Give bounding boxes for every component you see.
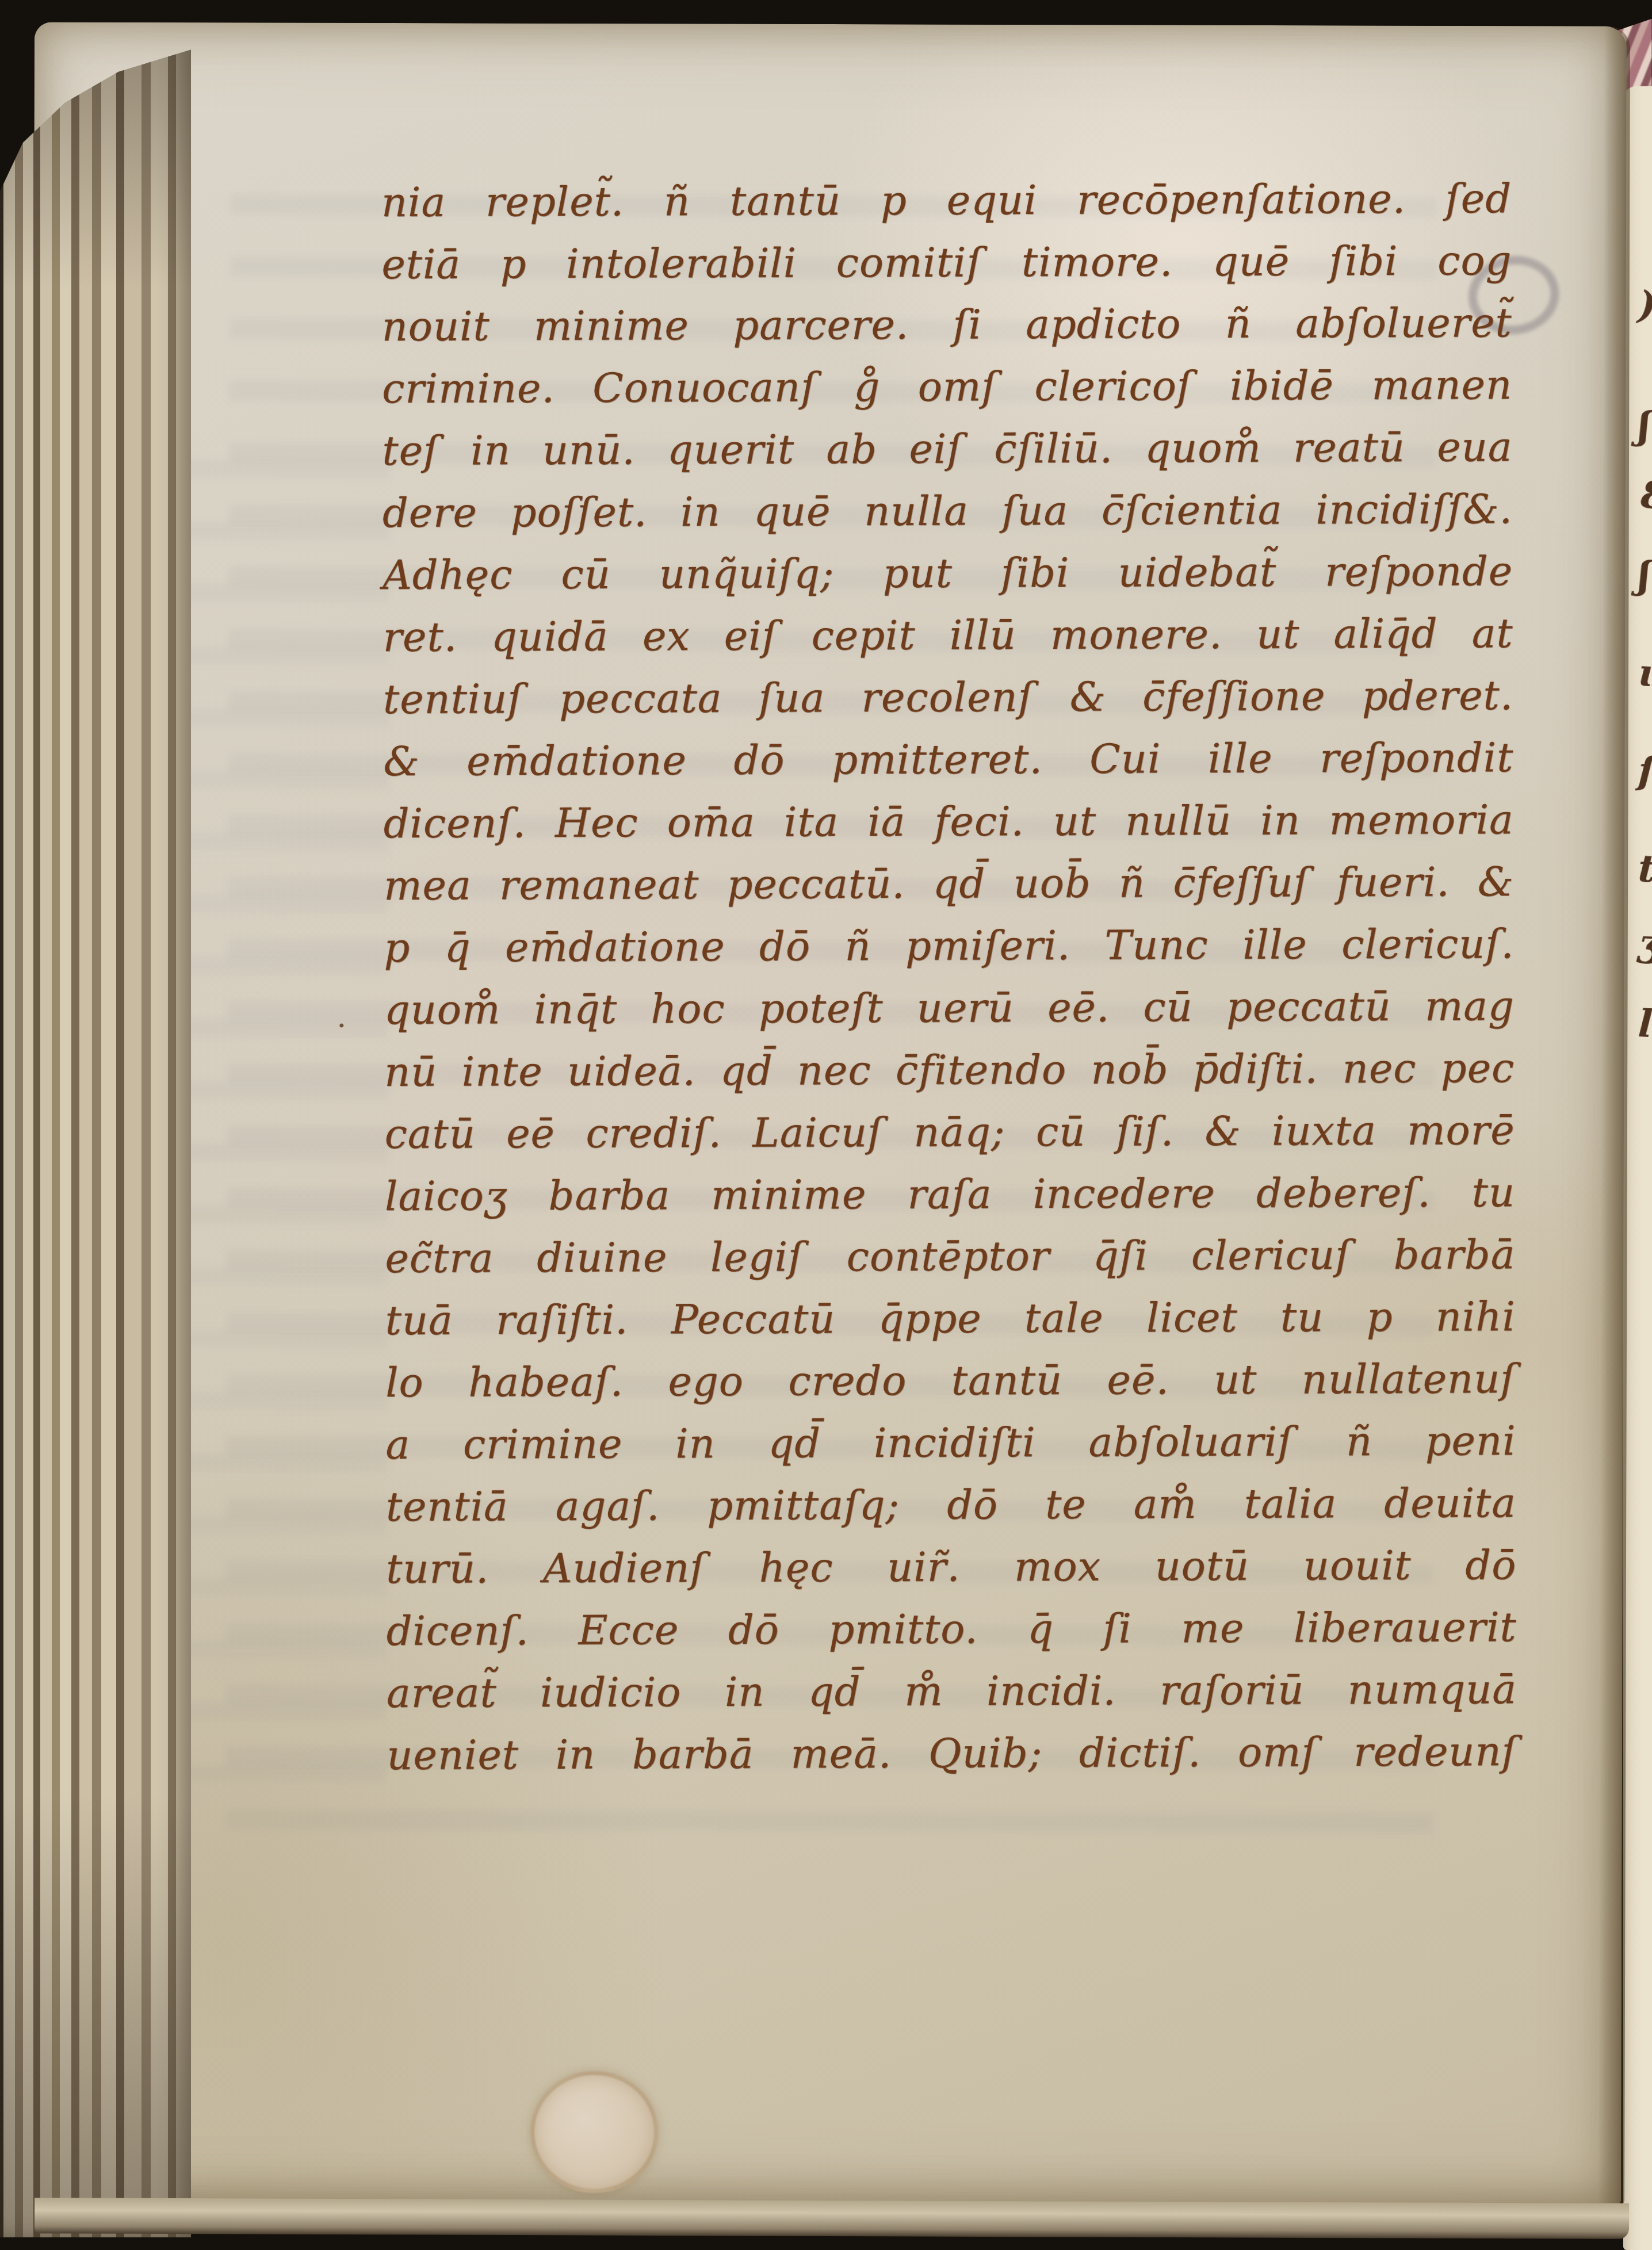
manuscript-text-line: quom̊ inq̄t hoc poteſt uerū eē. cū pecca…	[384, 975, 1515, 1041]
facing-page-ink-mark: ɩ	[1637, 655, 1652, 691]
manuscript-text-line: tuā raſiſti. Peccatū q̄ppe tale licet tu…	[385, 1285, 1516, 1352]
manuscript-text-line: ret. quidā ex eiſ cepit illū monere. ut …	[383, 602, 1513, 668]
manuscript-text-line: areat̃ iudicio in qd̄ m̊ incidi. raſoriū…	[387, 1658, 1517, 1724]
manuscript-text-line: p q̄ em̄datione dō ñ pmiſeri. Tunc ille …	[384, 913, 1514, 979]
facing-page-ink-mark: Ɛ	[1637, 477, 1652, 512]
book-fore-edge-stack	[0, 23, 191, 2237]
manuscript-text-line: & em̄datione dō pmitteret. Cui ille reſp…	[383, 726, 1513, 793]
manuscript-text-line: etiā p intolerabili comitiſ timore. quē …	[381, 229, 1512, 296]
manuscript-text-line: dicenſ. Hec om̄a ita iā feci. ut nullū i…	[384, 789, 1514, 855]
manuscript-text-line: mea remaneat peccatū. qd̄ uob̄ ñ c̄feſſu…	[384, 851, 1514, 917]
manuscript-text-line: teſ in unū. querit ab eiſ c̄ſiliū. quom̊…	[382, 416, 1512, 482]
facing-page-ink-mark: ʒ	[1637, 925, 1652, 961]
manuscript-text-line: Adhęc cū unq̃uiſq; put ſibi uidebat̃ reſ…	[383, 540, 1513, 606]
manuscript-text-line: nia replet̃. ñ tantū p equi recōpenſatio…	[381, 167, 1512, 234]
manuscript-text-line: turū. Audienſ hęc uir̃. mox uotū uouit d…	[386, 1534, 1516, 1600]
facing-page-ink-mark: )	[1637, 287, 1652, 323]
manuscript-text-line: ueniet in barbā meā. Quib; dictiſ. omſ r…	[387, 1720, 1517, 1786]
parchment-page: · nia replet̃. ñ tantū p equi recōpenſat…	[29, 22, 1627, 2207]
facing-page-ink-mark: ʃ	[1637, 557, 1652, 593]
manuscript-text-line: tentiā agaſ. pmittaſq; dō te am̊ talia d…	[386, 1472, 1516, 1538]
manuscript-text-line: lo habeaſ. ego credo tantū eē. ut nullat…	[385, 1348, 1516, 1414]
facing-page-ink-mark: l	[1637, 1006, 1652, 1042]
manuscript-text-line: nouit minime parcere. ſi apdicto ñ abſol…	[381, 292, 1512, 358]
manuscript-text-line: crimine. Conuocanſ g̊ omſ clericoſ ibidē…	[382, 354, 1512, 420]
ink-showthrough	[168, 425, 390, 1806]
facing-page-ink-mark: t	[1637, 851, 1652, 886]
facing-page-ink-mark: ſ	[1637, 753, 1652, 789]
manuscript-text-line: ec̃tra diuine legiſ contēptor q̄ſi cleri…	[385, 1223, 1515, 1289]
manuscript-photo: )ʃƐʃɩſtʒl · nia replet̃. ñ tantū p equi …	[0, 0, 1652, 2250]
manuscript-text-block: nia replet̃. ñ tantū p equi recōpenſatio…	[381, 167, 1517, 1786]
facing-page-ink-mark: ʃ	[1637, 408, 1652, 443]
manuscript-text-line: a crimine in qd̄ incidiſti abſoluariſ ñ …	[385, 1410, 1516, 1476]
manuscript-text-line: laicoʒ barba minime raſa incedere debere…	[385, 1161, 1515, 1227]
manuscript-text-line: catū eē crediſ. Laicuſ nāq; cū ſiſ. & iu…	[384, 1099, 1515, 1165]
manuscript-text-line: dere poſſet. in quē nulla ſua c̄ſcientia…	[383, 478, 1513, 544]
manuscript-text-line: dicenſ. Ecce dō pmitto. q̄ ſi me liberau…	[386, 1596, 1516, 1662]
manuscript-text-line: nū inte uideā. qd̄ nec c̄fitendo nob̄ p̄…	[384, 1037, 1515, 1103]
bottom-page-edges	[35, 2198, 1629, 2239]
manuscript-text-line: tentiuſ peccata ſua recolenſ & c̄feſſion…	[383, 664, 1513, 730]
parchment-repair-spot	[530, 2071, 659, 2194]
margin-dot: ·	[336, 1008, 346, 1044]
